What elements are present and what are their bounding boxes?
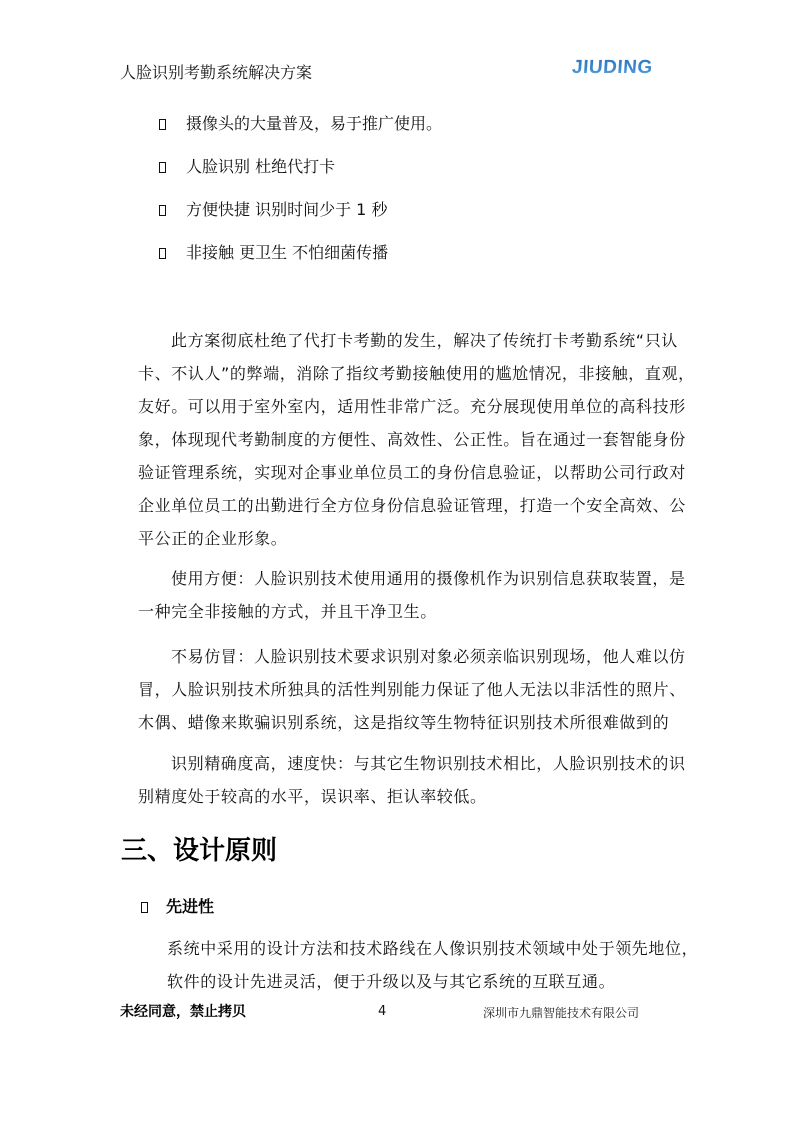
list-item: 摄像头的大量普及，易于推广使用。 (159, 112, 442, 136)
list-item-text: 方便快捷 识别时间少于 1 秒 (186, 198, 387, 222)
paragraph-line: 系统中采用的设计方法和技术路线在人像识别技术领域中处于领先地位， (167, 932, 687, 965)
footer-company-name: 深圳市九鼎智能技术有限公司 (483, 1003, 639, 1023)
list-item: 方便快捷 识别时间少于 1 秒 (159, 198, 387, 222)
paragraph-line: 卡、不认人”的弊端，消除了指纹考勤接触使用的尴尬情况，非接触，直观， (138, 357, 684, 390)
list-item-text: 人脸识别 杜绝代打卡 (186, 155, 335, 179)
paragraph-line: 验证管理系统，实现对企事业单位员工的身份信息验证，以帮助公司行政对 (138, 456, 684, 489)
paragraph-advanced: 系统中采用的设计方法和技术路线在人像识别技术领域中处于领先地位， 软件的设计先进… (167, 932, 687, 998)
paragraph-line: 平公正的企业形象。 (138, 522, 684, 555)
paragraph-line: 软件的设计先进灵活，便于升级以及与其它系统的互联互通。 (167, 965, 687, 998)
document-header-title: 人脸识别考勤系统解决方案 (120, 62, 312, 84)
square-bullet-icon (159, 248, 166, 259)
paragraph-ease-of-use: 使用方便：人脸识别技术使用通用的摄像机作为识别信息获取装置，是 一种完全非接触的… (138, 562, 684, 628)
list-item: 人脸识别 杜绝代打卡 (159, 155, 335, 179)
paragraph-line: 识别精确度高，速度快：与其它生物识别技术相比，人脸识别技术的识 (138, 747, 684, 780)
paragraph-line: 友好。可以用于室外室内，适用性非常广泛。充分展现使用单位的高科技形 (138, 390, 684, 423)
square-bullet-icon (159, 119, 166, 130)
list-item: 非接触 更卫生 不怕细菌传播 (159, 241, 388, 265)
paragraph-anti-spoofing: 不易仿冒：人脸识别技术要求识别对象必须亲临识别现场，他人难以仿 冒，人脸识别技术… (138, 640, 684, 739)
sub-section-heading: 先进性 (141, 895, 214, 919)
sub-section-title: 先进性 (166, 895, 214, 919)
square-bullet-icon (159, 162, 166, 173)
paragraph-line: 象，体现现代考勤制度的方便性、高效性、公正性。旨在通过一套智能身份 (138, 423, 684, 456)
footer-copyright-notice: 未经同意，禁止拷贝 (120, 1002, 246, 1022)
list-item-text: 非接触 更卫生 不怕细菌传播 (186, 241, 388, 265)
paragraph-line: 不易仿冒：人脸识别技术要求识别对象必须亲临识别现场，他人难以仿 (138, 640, 684, 673)
section-heading: 三、设计原则 (121, 833, 277, 869)
square-bullet-icon (141, 902, 148, 913)
list-item-text: 摄像头的大量普及，易于推广使用。 (186, 112, 442, 136)
paragraph-accuracy: 识别精确度高，速度快：与其它生物识别技术相比，人脸识别技术的识 别精度处于较高的… (138, 747, 684, 813)
paragraph-line: 企业单位员工的出勤进行全方位身份信息验证管理，打造一个安全高效、公 (138, 489, 684, 522)
paragraph-line: 一种完全非接触的方式，并且干净卫生。 (138, 595, 684, 628)
square-bullet-icon (159, 205, 166, 216)
paragraph-line: 此方案彻底杜绝了代打卡考勤的发生，解决了传统打卡考勤系统“只认 (138, 324, 684, 357)
paragraph-line: 别精度处于较高的水平，误识率、拒认率较低。 (138, 780, 684, 813)
paragraph-line: 木偶、蜡像来欺骗识别系统，这是指纹等生物特征识别技术所很难做到的 (138, 706, 684, 739)
paragraph-overview: 此方案彻底杜绝了代打卡考勤的发生，解决了传统打卡考勤系统“只认 卡、不认人”的弊… (138, 324, 684, 555)
paragraph-line: 冒，人脸识别技术所独具的活性判别能力保证了他人无法以非活性的照片、 (138, 673, 684, 706)
paragraph-line: 使用方便：人脸识别技术使用通用的摄像机作为识别信息获取装置，是 (138, 562, 684, 595)
page-number: 4 (378, 1002, 386, 1022)
company-logo: JIUDING (571, 57, 653, 79)
